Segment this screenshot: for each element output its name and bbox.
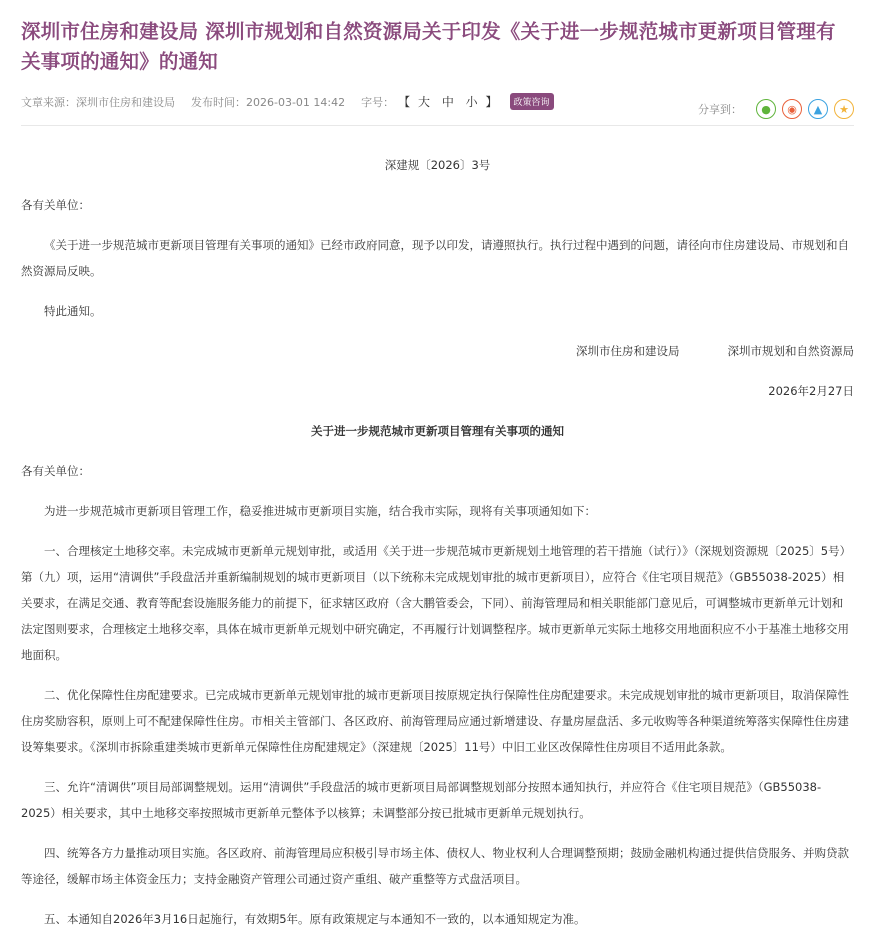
notice-paragraph: 特此通知。 xyxy=(21,298,854,324)
signer-2: 深圳市规划和自然资源局 xyxy=(728,338,855,364)
share-label: 分享到： xyxy=(698,101,742,117)
preface-paragraph: 为进一步规范城市更新项目管理工作，稳妥推进城市更新项目实施，结合我市实际，现将有… xyxy=(21,498,854,524)
share-favorite-button[interactable]: ★ xyxy=(834,99,854,119)
item-2: 二、优化保障性住房配建要求。已完成城市更新单元规划审批的城市更新项目按原规定执行… xyxy=(21,682,854,760)
share-weibo-button[interactable]: ◉ xyxy=(782,99,802,119)
wechat-icon: ● xyxy=(761,104,771,115)
article-meta: 文章来源：深圳市住房和建设局 发布时间：2026-03-01 14:42 字号：… xyxy=(21,87,854,123)
bracket-open: 【 xyxy=(398,95,410,109)
publish-info: 发布时间：2026-03-01 14:42 xyxy=(191,94,345,110)
article-body: 深建规〔2026〕3号 各有关单位： 《关于进一步规范城市更新项目管理有关事项的… xyxy=(21,152,854,927)
font-size-medium-button[interactable]: 中 xyxy=(442,95,454,109)
font-size-label: 字号： xyxy=(361,94,394,110)
notice-subtitle: 关于进一步规范城市更新项目管理有关事项的通知 xyxy=(21,418,854,444)
font-size-small-button[interactable]: 小 xyxy=(466,95,478,109)
qq-icon: ▲ xyxy=(814,104,822,115)
bracket-close: 】 xyxy=(486,95,498,109)
source-value: 深圳市住房和建设局 xyxy=(76,96,175,109)
font-size-control: 【 大 中 小 】 xyxy=(398,93,497,110)
font-size-large-button[interactable]: 大 xyxy=(418,95,430,109)
salutation: 各有关单位： xyxy=(21,192,854,218)
signers: 深圳市住房和建设局深圳市规划和自然资源局 xyxy=(21,338,854,364)
star-icon: ★ xyxy=(839,104,849,115)
weibo-icon: ◉ xyxy=(787,104,797,115)
article-page: 深圳市住房和建设局 深圳市规划和自然资源局关于印发《关于进一步规范城市更新项目管… xyxy=(0,0,882,927)
category-tag[interactable]: 政策咨询 xyxy=(510,93,554,110)
source-info: 文章来源：深圳市住房和建设局 xyxy=(21,94,175,110)
article-title: 深圳市住房和建设局 深圳市规划和自然资源局关于印发《关于进一步规范城市更新项目管… xyxy=(21,0,854,77)
share-bar: 分享到： ● ◉ ▲ ★ xyxy=(698,99,854,119)
intro-paragraph: 《关于进一步规范城市更新项目管理有关事项的通知》已经市政府同意，现予以印发，请遵… xyxy=(21,232,854,284)
sign-date: 2026年2月27日 xyxy=(21,378,854,404)
share-qq-button[interactable]: ▲ xyxy=(808,99,828,119)
signer-1: 深圳市住房和建设局 xyxy=(576,338,680,364)
share-wechat-button[interactable]: ● xyxy=(756,99,776,119)
item-5: 五、本通知自2026年3月16日起施行，有效期5年。原有政策规定与本通知不一致的… xyxy=(21,906,854,927)
item-1: 一、合理核定土地移交率。未完成城市更新单元规划审批，或适用《关于进一步规范城市更… xyxy=(21,538,854,668)
doc-number: 深建规〔2026〕3号 xyxy=(21,152,854,178)
item-3: 三、允许“清调供”项目局部调整规划。运用“清调供”手段盘活的城市更新项目局部调整… xyxy=(21,774,854,826)
header-divider xyxy=(21,125,854,126)
salutation-2: 各有关单位： xyxy=(21,458,854,484)
source-label: 文章来源： xyxy=(21,96,76,109)
publish-time: 2026-03-01 14:42 xyxy=(246,96,345,109)
publish-label: 发布时间： xyxy=(191,96,246,109)
item-4: 四、统筹各方力量推动项目实施。各区政府、前海管理局应积极引导市场主体、债权人、物… xyxy=(21,840,854,892)
